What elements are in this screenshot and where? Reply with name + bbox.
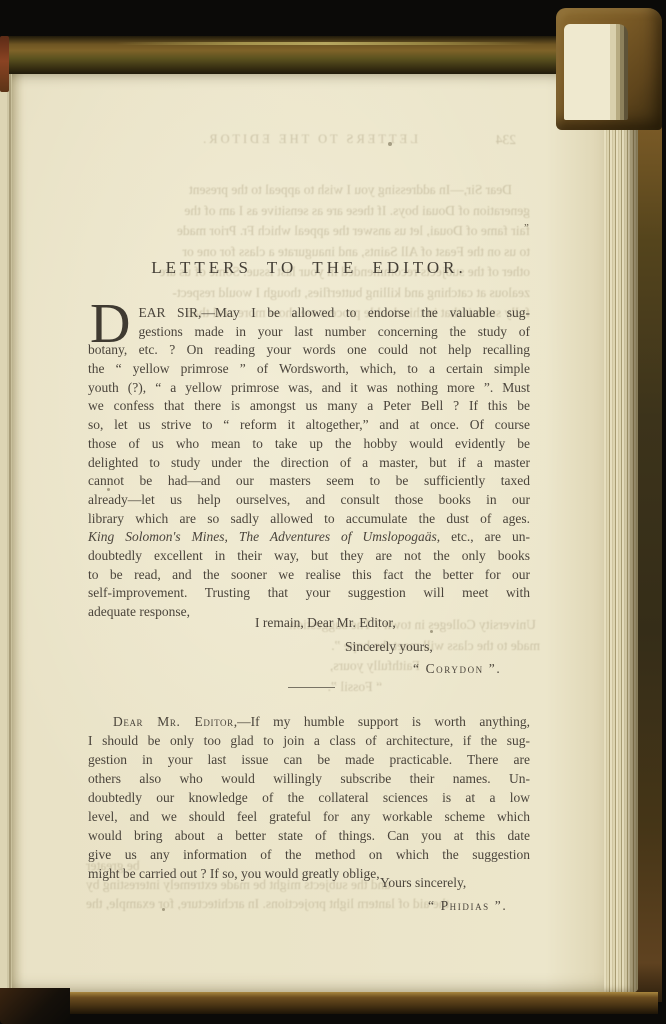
letter-line-book-titles: King Solomon's Mines, The Adventures of … — [88, 528, 530, 547]
show-through-line: “ Fossil ”. — [88, 677, 382, 698]
show-through-folio: 234 — [496, 132, 516, 148]
letter-line: delighted to study under the direction o… — [88, 454, 530, 473]
letter-line: library which are so sadly allowed to ac… — [88, 510, 530, 529]
letter-line: the “ yellow primrose ” of Wordsworth, w… — [88, 360, 530, 379]
closing-line: Yours sincerely, — [380, 875, 466, 890]
show-through-running-title: LETTERS TO THE EDITOR. — [88, 132, 530, 147]
letter-line: youth (?), “ a yellow primrose was, and … — [88, 379, 530, 398]
letter-line: self-improvement. Trusting that your sug… — [88, 584, 530, 603]
letter-line: botany, etc. ? On reading your words one… — [88, 341, 530, 360]
show-through-paragraph: Dear Sir,—In addressing you I wish to ap… — [88, 180, 530, 324]
letter-line-rest: , etc., are un- — [437, 529, 530, 544]
letter-line: EAR SIR,—May I be allowed to endorse the… — [88, 304, 530, 323]
drop-cap: D — [88, 304, 138, 341]
ink-speck — [162, 908, 165, 911]
page-title: LETTERS TO THE EDITOR. — [68, 258, 550, 278]
letter-line: gestion in your last issue can be made p… — [88, 750, 530, 769]
book-photograph: { "page": { "title": "LETTERS TO THE EDI… — [0, 0, 666, 1024]
show-through-line: Faithfully yours, — [88, 656, 420, 677]
book-cover-corner-bottom-left — [0, 988, 70, 1024]
letter-line-salutation: Dear Mr. Editor,—If my humble support is… — [88, 712, 530, 731]
show-through-line: zealous at catching and killing butterfl… — [88, 283, 530, 304]
letter-line: doubtedly excellent in their way, but th… — [88, 547, 530, 566]
letter-line: so, let us strive to “ reform it altoget… — [88, 416, 530, 435]
letter-line: to be read, and the sooner we realise th… — [88, 566, 530, 585]
book-cover-corner-top-right — [556, 8, 662, 130]
letter-phidias: Dear Mr. Editor,—If my humble support is… — [88, 712, 530, 883]
letter-line: gestions made in your last number concer… — [88, 323, 530, 342]
letter-line: doubtedly our knowledge of the collatera… — [88, 788, 530, 807]
show-through-line: generation of Douai boys. If these are a… — [88, 201, 530, 222]
ink-speck — [430, 630, 433, 633]
section-divider — [288, 687, 335, 688]
show-through-running-header: 234 LETTERS TO THE EDITOR. — [88, 132, 530, 147]
signature-phidias: “ Phidias ”. — [428, 898, 507, 913]
letter-line: level, and we should feel grateful for a… — [88, 807, 530, 826]
letter-line: would bring about a better state of thin… — [88, 826, 530, 845]
letter-line: already—let us help ourselves, and consu… — [88, 491, 530, 510]
book-titles-italic: King Solomon's Mines, The Adventures of … — [88, 529, 437, 544]
letter-line: cannot be had—and our masters seem to be… — [88, 472, 530, 491]
show-through-line: Dear Sir,—In addressing you I wish to ap… — [88, 180, 530, 201]
book-cover-bottom-edge — [8, 992, 658, 1014]
closing-line: I remain, Dear Mr. Editor, — [255, 615, 396, 630]
show-through-line: fair fame of Douai, let us answer the ap… — [88, 221, 530, 242]
letter-corydon: D EAR SIR,—May I be allowed to endorse t… — [88, 304, 530, 622]
show-through-line: made to the class will meet the hope ”. — [88, 636, 540, 657]
letter-line: we confess that there is amongst us many… — [88, 397, 530, 416]
ink-speck — [107, 488, 110, 491]
stray-quote-mark: „ — [524, 220, 529, 225]
ink-speck — [388, 142, 392, 146]
letter-line: I should be only too glad to join a clas… — [88, 731, 530, 750]
page-stack-edge — [604, 74, 638, 992]
letter-line: those of us who mean to take up the hobb… — [88, 435, 530, 454]
book-page: 234 LETTERS TO THE EDITOR. Dear Sir,—In … — [12, 70, 618, 994]
signature-corydon: “ Corydon ”. — [413, 661, 501, 676]
letter-line-rest: ,—If my humble support is worth anything… — [234, 714, 530, 729]
letter-line: give us any information of the method on… — [88, 845, 530, 864]
salutation-smallcaps: Dear Mr. Editor — [113, 714, 234, 729]
closing-line: Sincerely yours, — [345, 639, 433, 654]
book-spine-edge — [0, 36, 9, 92]
letter-line: others also who would willingly subscrib… — [88, 769, 530, 788]
